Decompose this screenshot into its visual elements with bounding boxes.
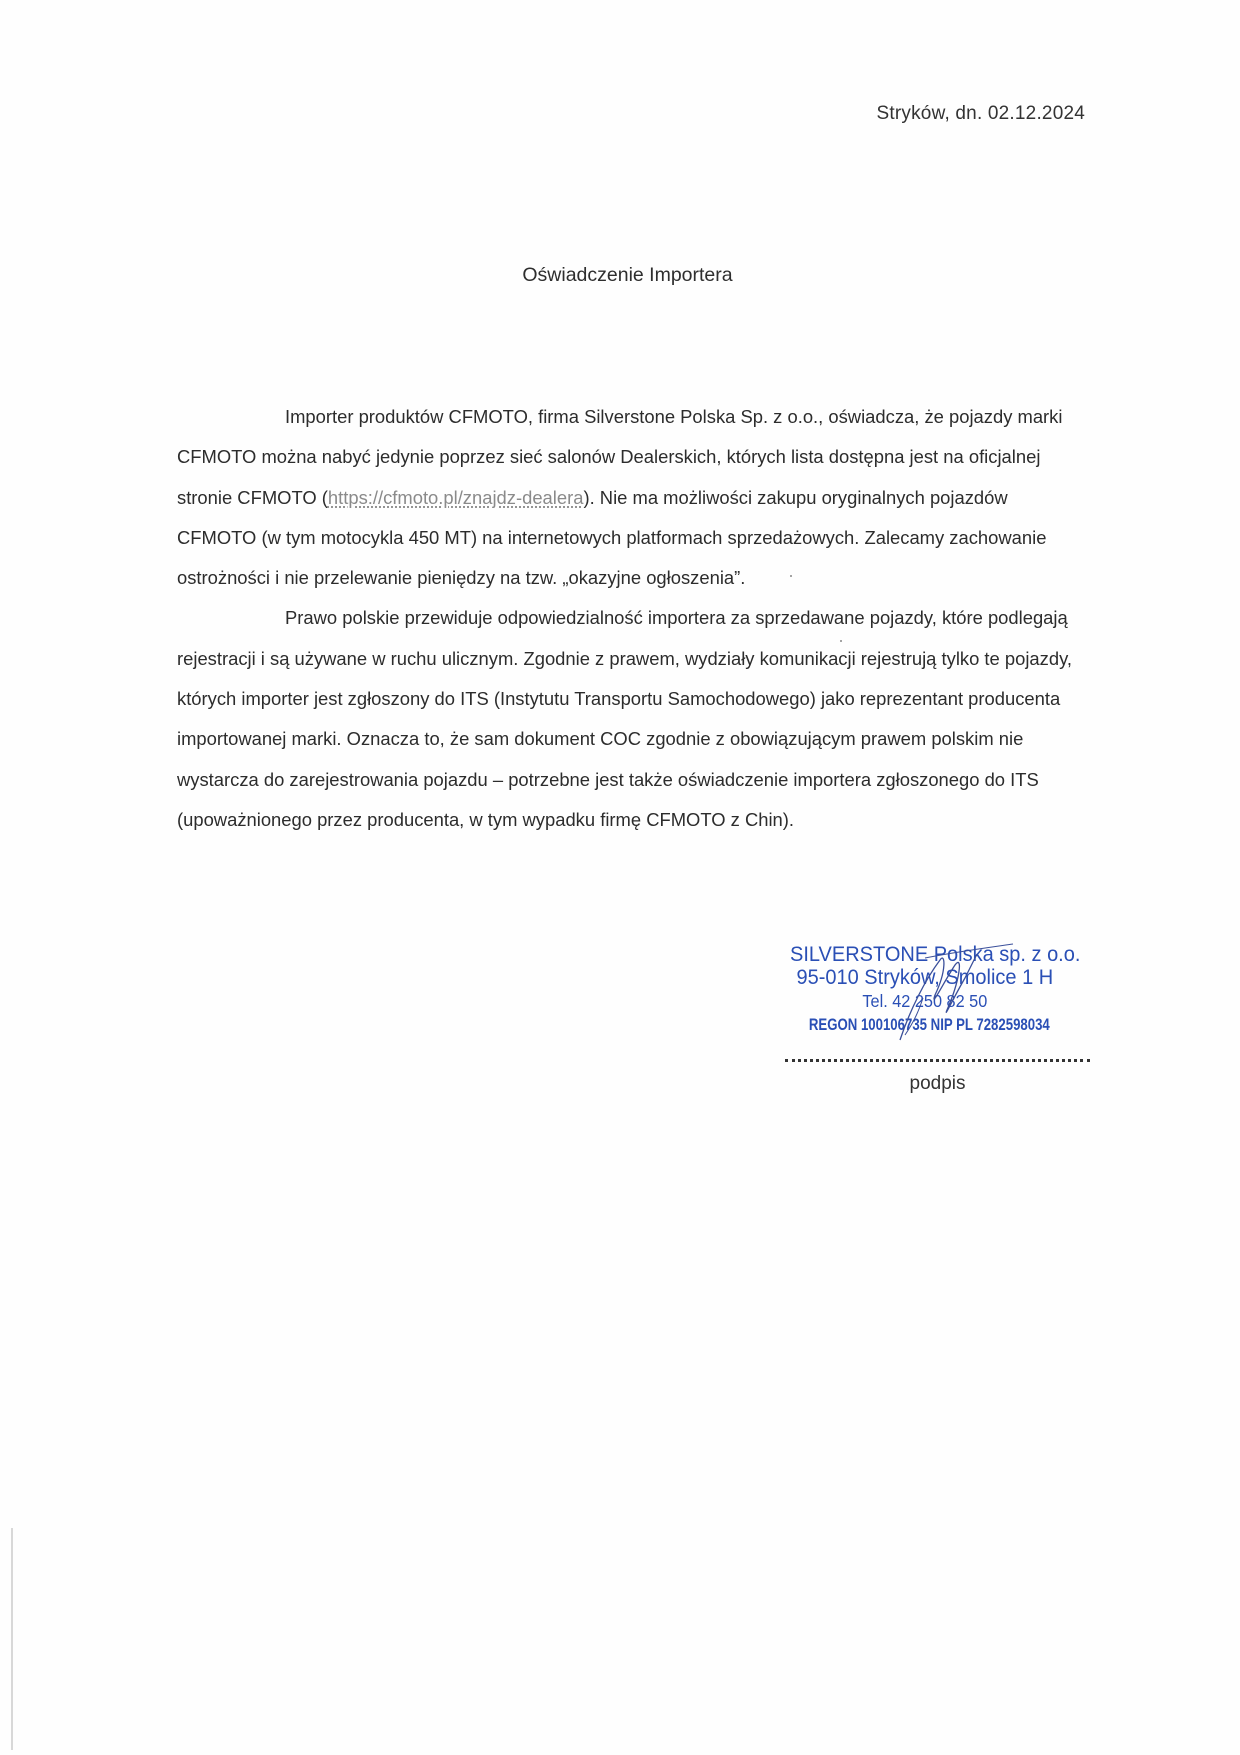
document-page: Stryków, dn. 02.12.2024 Oświadczenie Imp… [0,0,1240,1755]
scan-edge-line [11,1528,13,1750]
dealer-locator-link[interactable]: https://cfmoto.pl/znajdz-dealera [328,487,584,508]
document-body: Importer produktów CFMOTO, firma Silvers… [177,397,1077,840]
scan-speck [790,575,792,577]
paragraph-1: Importer produktów CFMOTO, firma Silvers… [177,397,1077,598]
document-title: Oświadczenie Importera [0,264,1240,287]
handwritten-signature-icon [885,940,1015,1045]
paragraph-2: Prawo polskie przewiduje odpowiedzialnoś… [177,598,1077,840]
signature-line [785,1059,1090,1066]
scan-speck [840,640,842,642]
signature-label: podpis [785,1073,1090,1095]
place-and-date: Stryków, dn. 02.12.2024 [877,103,1085,125]
